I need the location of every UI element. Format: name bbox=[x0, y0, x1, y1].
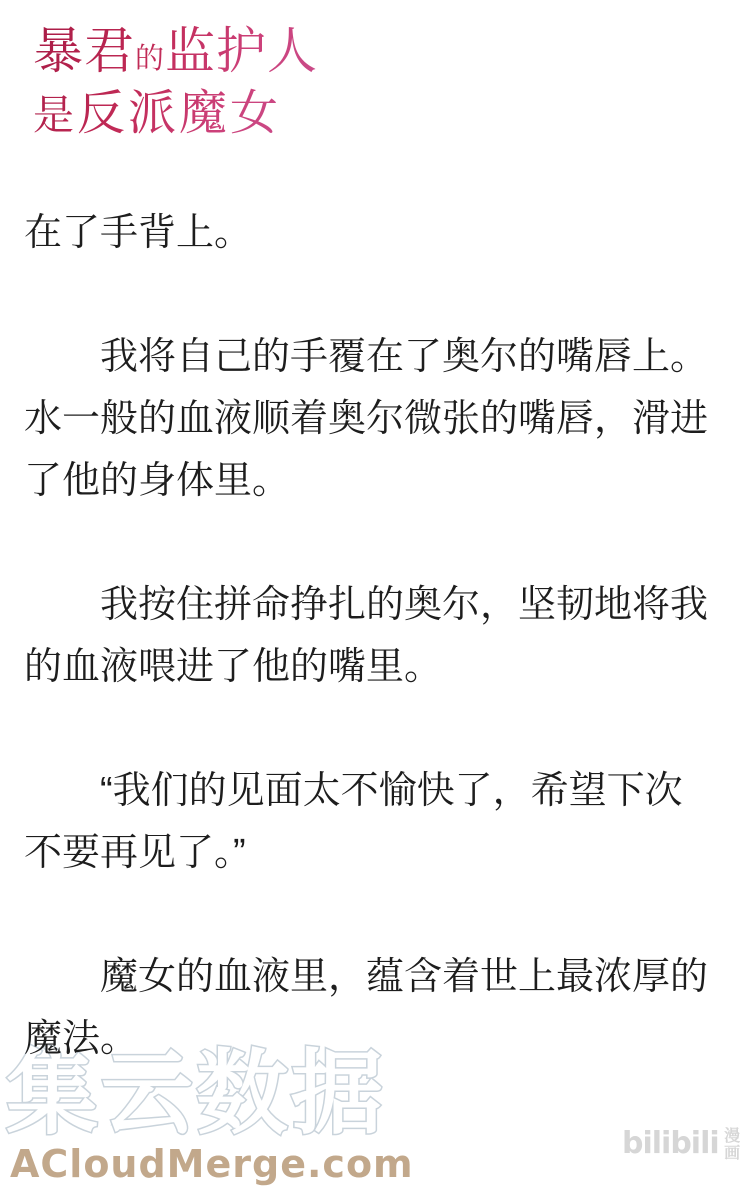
novel-text-block: 在了手背上。 我将自己的手覆在了奥尔的嘴唇上。水一般的血液顺着奥尔微张的嘴唇，滑… bbox=[24, 202, 710, 1070]
series-logo-line2: 是反派魔女 bbox=[33, 87, 318, 141]
paragraph: 在了手背上。 bbox=[24, 202, 710, 264]
bilibili-wordmark: bilibili bbox=[622, 1126, 719, 1161]
bilibili-watermark: bilibili 漫画 bbox=[622, 1126, 738, 1161]
logo-text-shi: 是 bbox=[33, 91, 77, 139]
paragraph: 魔女的血液里，蕴含着世上最浓厚的魔法。 bbox=[24, 946, 710, 1070]
logo-text-jianhuren: 监护人 bbox=[165, 22, 318, 80]
series-logo: 暴君的监护人 是反派魔女 bbox=[33, 24, 318, 141]
paragraph: “我们的见面太不愉快了，希望下次不要再见了。” bbox=[24, 760, 710, 884]
logo-text-baojun: 暴君 bbox=[33, 22, 135, 80]
provider-url-watermark: ACloudMerge.com bbox=[10, 1144, 414, 1184]
manga-text-page: 暴君的监护人 是反派魔女 在了手背上。 我将自己的手覆在了奥尔的嘴唇上。水一般的… bbox=[0, 0, 754, 1192]
logo-text-fanpaimonv: 反派魔女 bbox=[77, 85, 281, 141]
bilibili-manga-label: 漫画 bbox=[722, 1127, 738, 1161]
logo-text-de: 的 bbox=[135, 41, 165, 75]
series-logo-line1: 暴君的监护人 bbox=[33, 24, 318, 85]
paragraph: 我将自己的手覆在了奥尔的嘴唇上。水一般的血液顺着奥尔微张的嘴唇，滑进了他的身体里… bbox=[24, 326, 710, 512]
paragraph: 我按住拼命挣扎的奥尔，坚韧地将我的血液喂进了他的嘴里。 bbox=[24, 574, 710, 698]
